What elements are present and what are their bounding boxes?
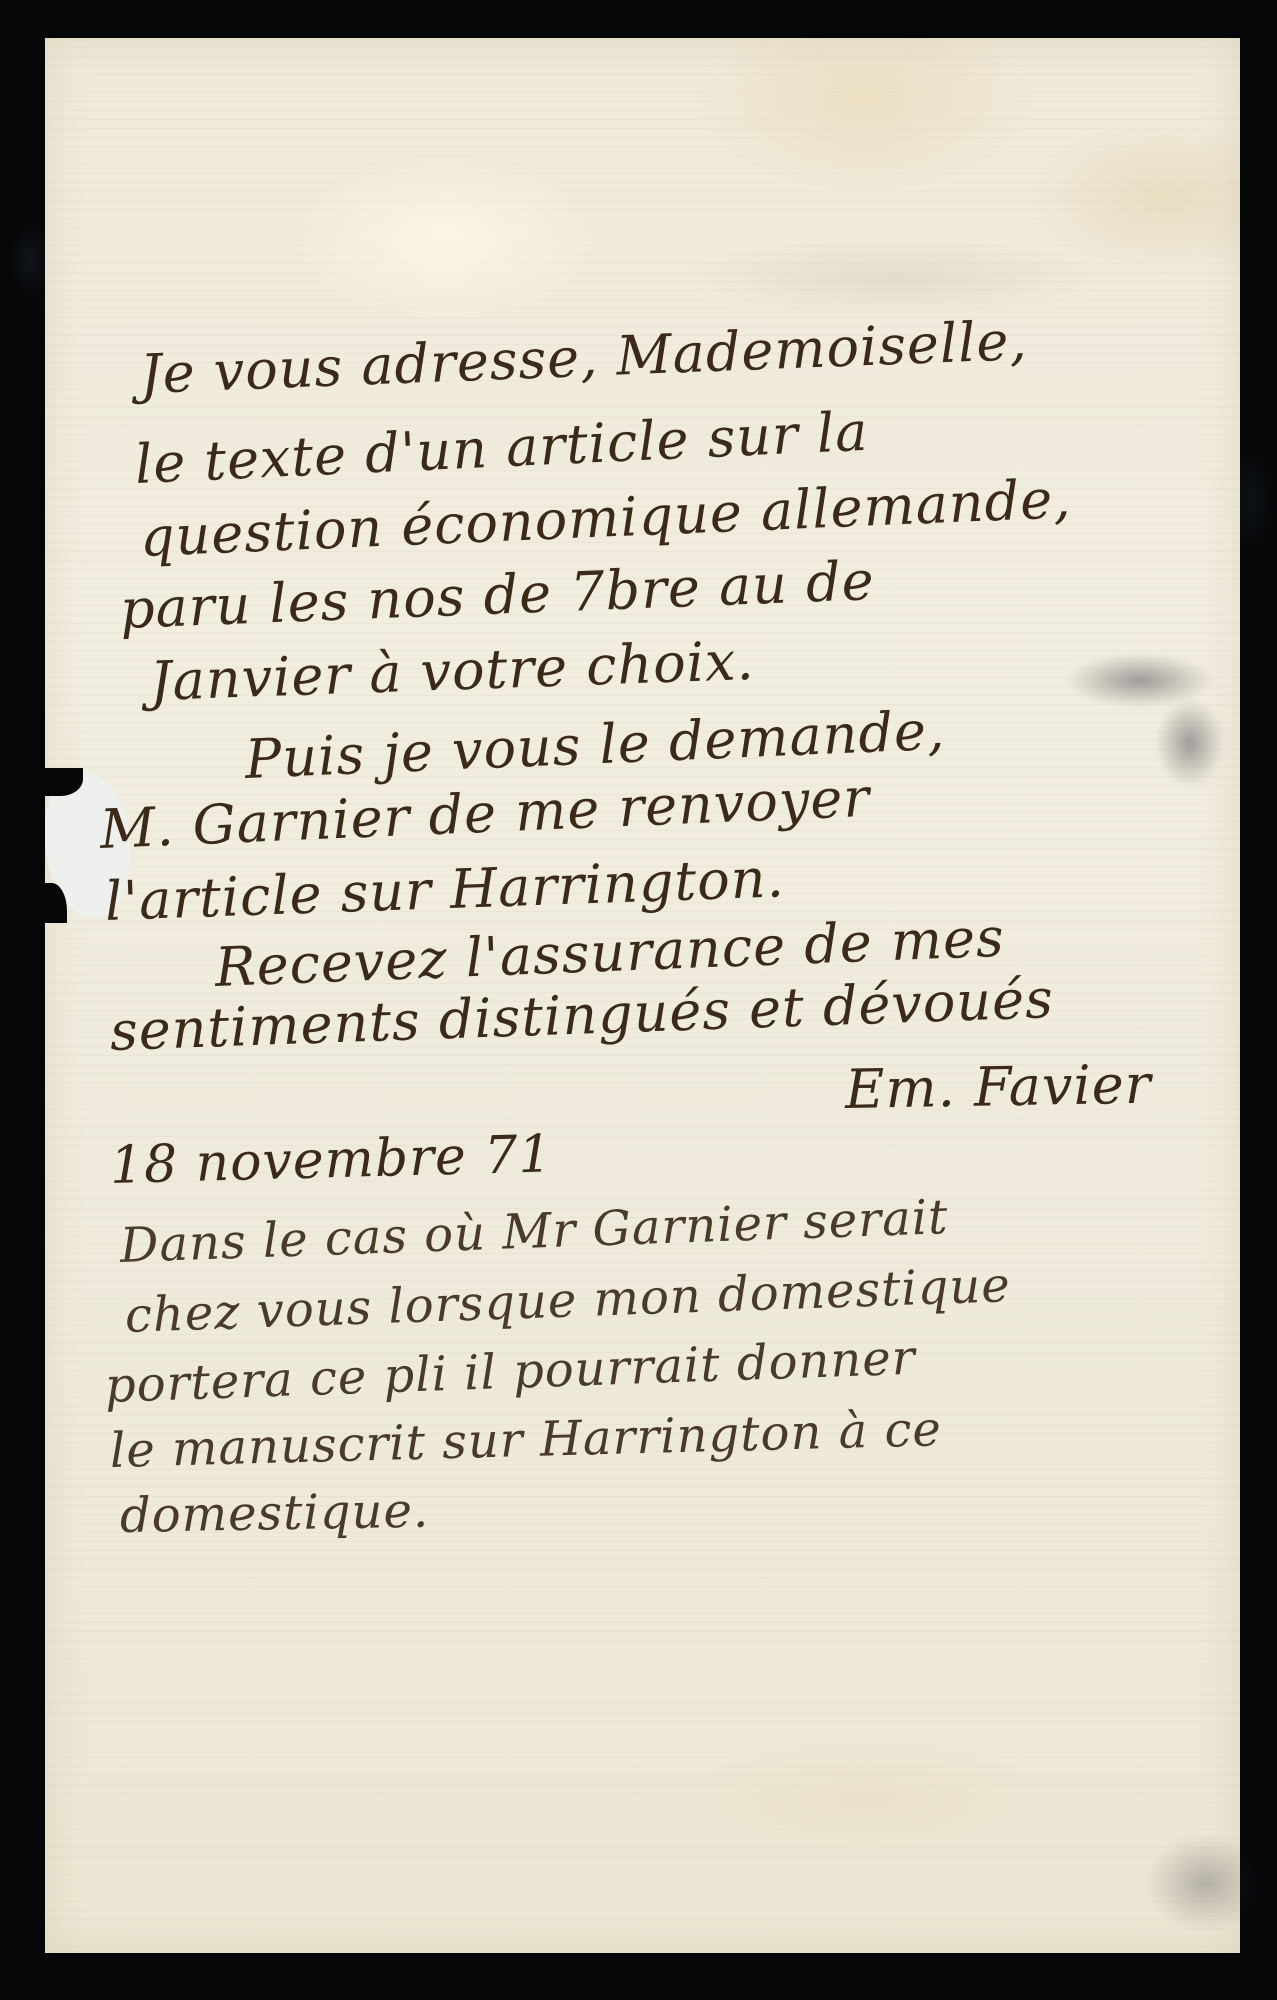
signature: Em. Favier	[844, 1053, 1152, 1121]
postscript-line-1: Dans le cas où Mr Garnier serait	[119, 1189, 949, 1274]
postscript-line-3: portera ce pli il pourrait donner	[104, 1330, 916, 1414]
letter-date: 18 novembre 71	[109, 1124, 553, 1196]
letter-paper: Je vous adresse, Mademoiselle, le texte …	[45, 38, 1240, 1953]
ink-smudge	[1145, 1833, 1265, 1933]
letter-line-1: Je vous adresse, Mademoiselle,	[139, 309, 1029, 406]
ink-smudge	[1155, 698, 1225, 788]
postscript-line-5: domestique.	[120, 1483, 430, 1544]
postscript-line-4: le manuscrit sur Harrington à ce	[109, 1401, 942, 1479]
letter-line-5: Janvier à votre choix.	[149, 629, 756, 713]
